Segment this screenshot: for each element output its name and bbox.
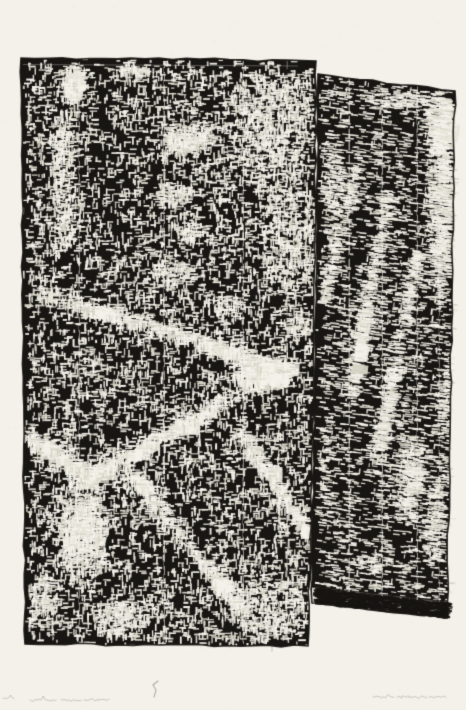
paper-sheet: [0, 0, 466, 710]
woodcut-print-canvas: [0, 0, 466, 710]
